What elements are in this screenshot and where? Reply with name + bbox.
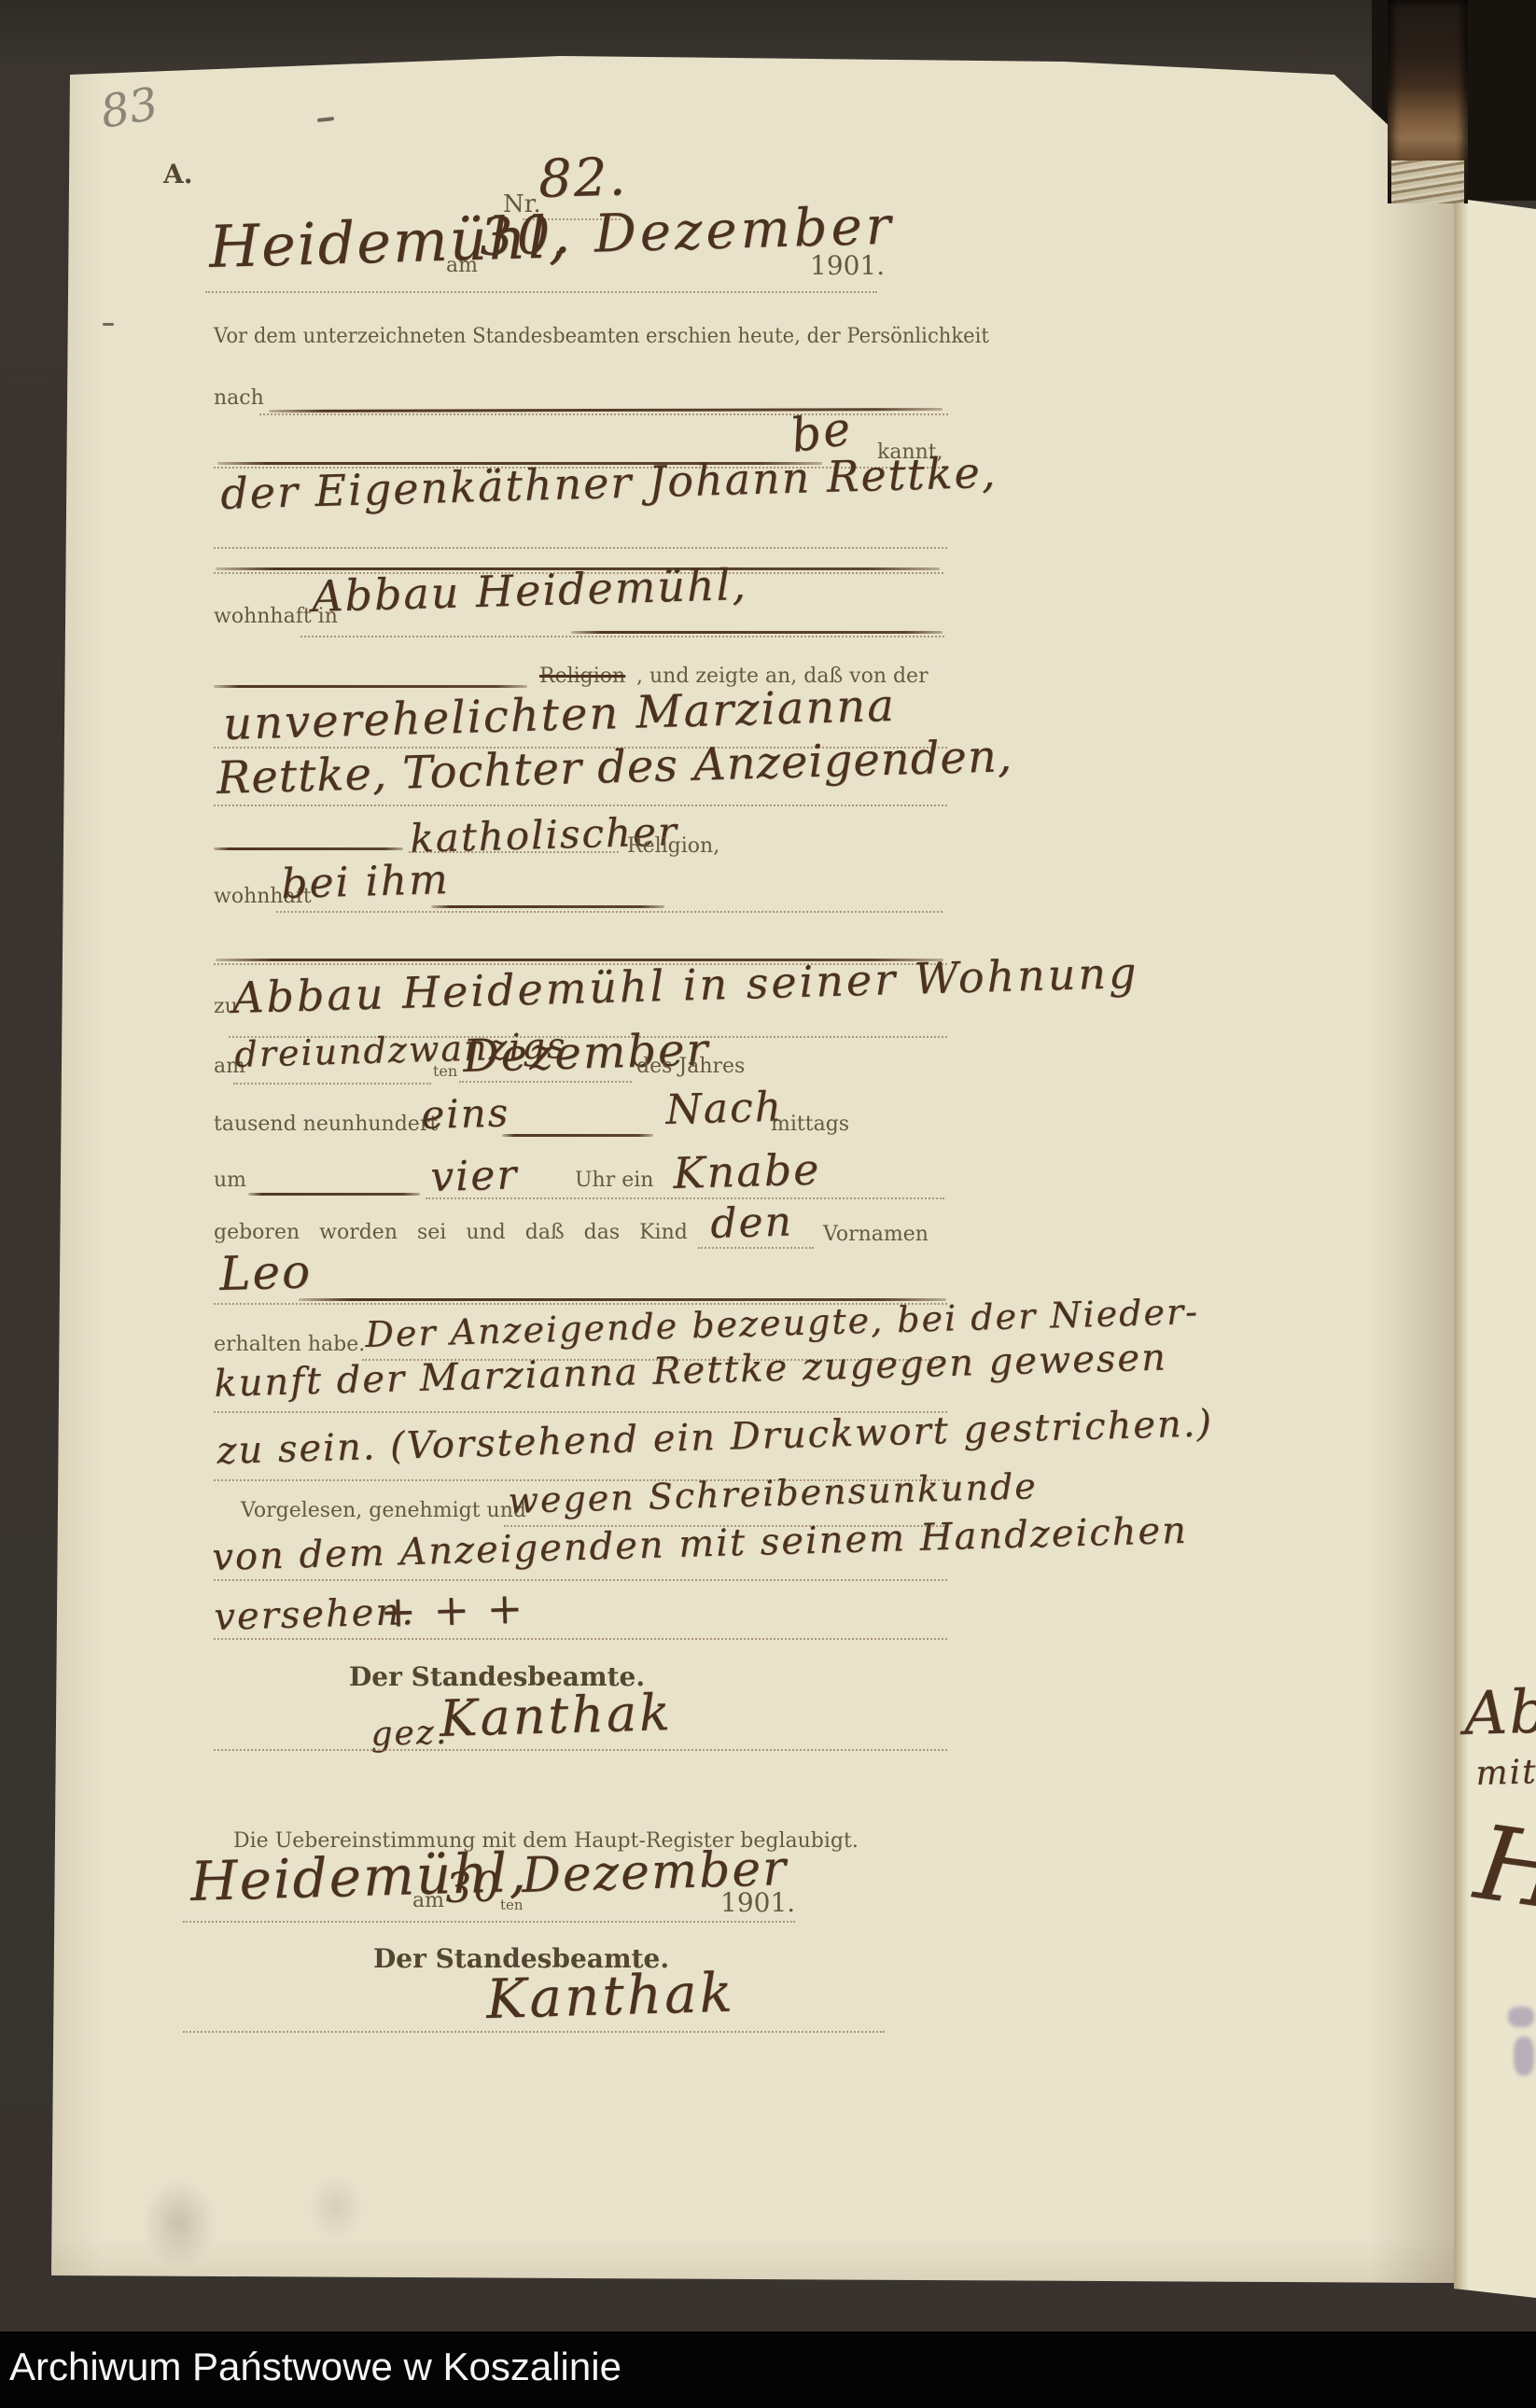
ink-line	[431, 905, 664, 908]
archival-scan: Ab mit H 83 A. Nr. 82. Heidemühl, am 30.…	[0, 0, 1536, 2408]
des-jahres-label: des Jahres	[636, 1055, 745, 1078]
ink-line	[502, 1134, 653, 1137]
religion-word-struck: Religion	[539, 665, 625, 688]
uhr-ein-label: Uhr ein	[575, 1169, 653, 1192]
child-name-entry: Leo	[218, 1244, 312, 1301]
certification-am-label: am	[412, 1889, 444, 1912]
ruled-line	[214, 1749, 947, 1751]
certification-day: 30	[445, 1863, 502, 1912]
record-content: 83 A. Nr. 82. Heidemühl, am 30. Dezember…	[0, 0, 1536, 2408]
ruled-line	[183, 2031, 885, 2033]
ruled-line	[459, 1081, 632, 1083]
certification-ten-suffix: ten	[500, 1897, 524, 1913]
declarant-entry: der Eigenkäthner Johann Rettke,	[219, 447, 998, 519]
section-letter: A.	[163, 159, 192, 189]
certification-year: 1901.	[720, 1887, 795, 1918]
pencil-dash	[317, 117, 334, 122]
pencil-dash	[103, 323, 114, 326]
ruled-line	[698, 1247, 814, 1249]
record-number-value: 82.	[538, 147, 628, 210]
erhalten-label: erhalten habe.	[214, 1333, 365, 1356]
ruled-line	[300, 636, 944, 637]
hour-entry: vier	[430, 1151, 519, 1201]
ruled-line	[214, 1638, 947, 1640]
ink-line	[248, 1193, 420, 1196]
am-label: am	[446, 254, 478, 277]
marginal-note-line4: wegen Schreibensunkunde	[508, 1465, 1039, 1521]
ruled-line	[409, 851, 619, 853]
archive-caption-text: Archiwum Państwowe w Koszalinie	[9, 2345, 621, 2389]
ruled-line	[183, 1921, 795, 1923]
registrar-signature: Kanthak	[439, 1683, 673, 1748]
vorgelesen-label: Vorgelesen, genehmigt und	[241, 1499, 526, 1522]
nach-vor-entry: Nach	[665, 1084, 784, 1134]
paper-smudge	[308, 2175, 364, 2240]
ruled-line	[214, 547, 947, 549]
bei-ihm-entry: bei ihm	[281, 856, 451, 908]
den-entry: den	[710, 1198, 794, 1248]
ruled-line	[205, 291, 877, 293]
um-label: um	[214, 1169, 246, 1192]
ink-line	[214, 685, 527, 688]
pencil-page-number: 83	[97, 77, 162, 139]
archive-caption-bar: Archiwum Państwowe w Koszalinie	[0, 2331, 1536, 2408]
geboren-label: geboren worden sei und daß das Kind	[214, 1221, 688, 1244]
mittags-label: mittags	[771, 1113, 849, 1136]
fingerprint-smudge	[142, 2179, 216, 2268]
ten-suffix: ten	[433, 1062, 457, 1080]
handzeichen-crosses: + + +	[379, 1583, 524, 1637]
ruled-line	[214, 805, 947, 806]
vornamen-label: Vornamen	[823, 1223, 929, 1246]
ruled-line	[214, 1579, 947, 1581]
year-word-entry: eins	[421, 1089, 510, 1138]
child-sex-entry: Knabe	[672, 1144, 821, 1198]
record-year: 1901.	[810, 250, 885, 281]
ink-line	[214, 847, 403, 850]
form-intro-line: Vor dem unterzeichneten Standesbeamten e…	[214, 325, 989, 348]
ruled-line	[233, 1083, 431, 1085]
ink-line	[571, 631, 943, 634]
ruled-line	[276, 911, 943, 913]
certification-signature: Kanthak	[485, 1961, 735, 2031]
religion-label: Religion,	[627, 834, 719, 858]
registrar-signature-prefix: gez.	[370, 1714, 449, 1754]
tausend-label: tausend neunhundert	[214, 1113, 438, 1136]
nach-label: nach	[214, 386, 264, 410]
